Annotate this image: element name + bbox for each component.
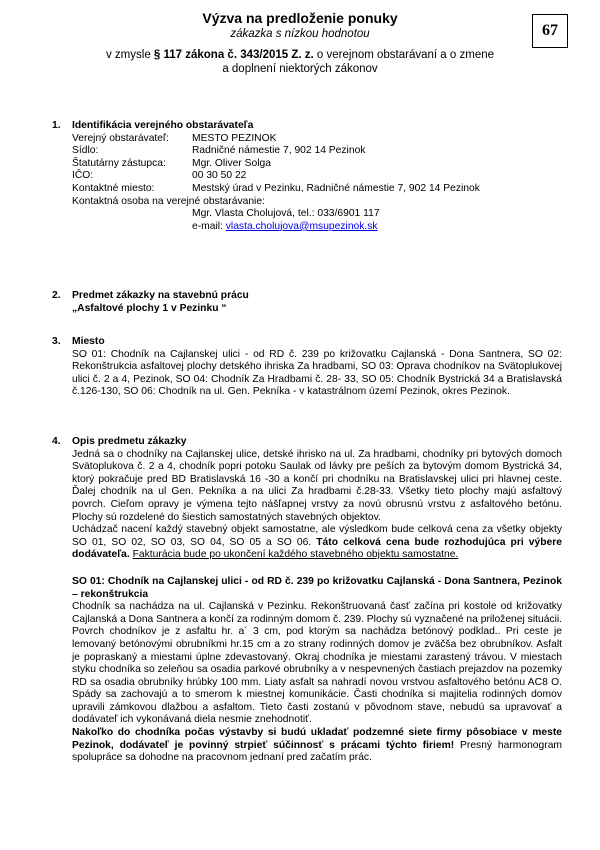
contract-subject: „Asfaltové plochy 1 v Pezinku “ <box>72 303 562 316</box>
section-heading: Opis predmetu zákazky <box>72 436 562 449</box>
label: Sídlo: <box>72 145 192 158</box>
document-title: Výzva na predloženie ponuky <box>0 10 600 27</box>
contact-person-label: Kontaktná osoba na verejné obstarávanie: <box>72 196 562 209</box>
description-para2: Uchádzač nacení každý stavebný objekt sa… <box>72 524 562 562</box>
value: MESTO PEZINOK <box>192 133 277 146</box>
para2-underline: Fakturácia bude po ukončení každého stav… <box>133 549 459 560</box>
value: Radničné námestie 7, 902 14 Pezinok <box>192 145 365 158</box>
contact-person: Mgr. Vlasta Cholujová, tel.: 033/6901 11… <box>192 208 562 221</box>
section-number: 4. <box>52 436 61 449</box>
row-contracting-authority: Verejný obstarávateľ:MESTO PEZINOK <box>72 133 562 146</box>
row-contact-place: Kontaktné miesto:Mestský úrad v Pezinku,… <box>72 183 562 196</box>
contact-email-row: e-mail: vlasta.cholujova@msupezinok.sk <box>192 221 562 234</box>
email-label: e-mail: <box>192 221 226 232</box>
value: Mestský úrad v Pezinku, Radničné námesti… <box>192 183 480 196</box>
label: Verejný obstarávateľ: <box>72 133 192 146</box>
law-rest: o verejnom obstarávaní a o zmene <box>314 49 494 61</box>
value: 00 30 50 22 <box>192 170 246 183</box>
section-number: 1. <box>52 120 61 133</box>
label: Kontaktné miesto: <box>72 183 192 196</box>
section-description: 4. Opis predmetu zákazky Jedná sa o chod… <box>52 436 562 765</box>
value: Mgr. Oliver Solga <box>192 158 271 171</box>
legal-reference: v zmysle § 117 zákona č. 343/2015 Z. z. … <box>0 48 600 76</box>
label: IČO: <box>72 170 192 183</box>
row-seat: Sídlo:Radničné námestie 7, 902 14 Pezino… <box>72 145 562 158</box>
so01-text: Chodník sa nachádza na ul. Cajlanská v P… <box>72 601 562 727</box>
law-bold: § 117 zákona č. 343/2015 Z. z. <box>154 49 314 61</box>
section-place: 3. Miesto SO 01: Chodník na Cajlanskej u… <box>52 336 562 399</box>
section-heading: Predmet zákazky na stavebnú prácu <box>72 290 562 303</box>
section-subject: 2. Predmet zákazky na stavebnú prácu „As… <box>52 290 562 315</box>
section-number: 2. <box>52 290 61 303</box>
so01-heading: SO 01: Chodník na Cajlanskej ulici - od … <box>72 576 562 601</box>
section-heading: Identifikácia verejného obstarávateľa <box>72 120 562 133</box>
document-subtitle: zákazka s nízkou hodnotou <box>0 27 600 41</box>
section-number: 3. <box>52 336 61 349</box>
section-heading: Miesto <box>72 336 562 349</box>
row-ico: IČO:00 30 50 22 <box>72 170 562 183</box>
document-header: Výzva na predloženie ponuky zákazka s ní… <box>0 10 600 41</box>
warning-paragraph: Nakoľko do chodníka počas výstavby si bu… <box>72 727 562 765</box>
description-para1: Jedná sa o chodníky na Cajlanskej ulice,… <box>72 449 562 525</box>
row-statutory-rep: Štatutárny zástupca:Mgr. Oliver Solga <box>72 158 562 171</box>
label: Štatutárny zástupca: <box>72 158 192 171</box>
place-text: SO 01: Chodník na Cajlanskej ulici - od … <box>72 349 562 399</box>
law-line2: a doplnení niektorých zákonov <box>0 62 600 76</box>
section-identification: 1. Identifikácia verejného obstarávateľa… <box>52 120 562 233</box>
email-link[interactable]: vlasta.cholujova@msupezinok.sk <box>226 221 378 232</box>
law-prefix: v zmysle <box>106 49 154 61</box>
page-number-box: 67 <box>532 14 568 48</box>
